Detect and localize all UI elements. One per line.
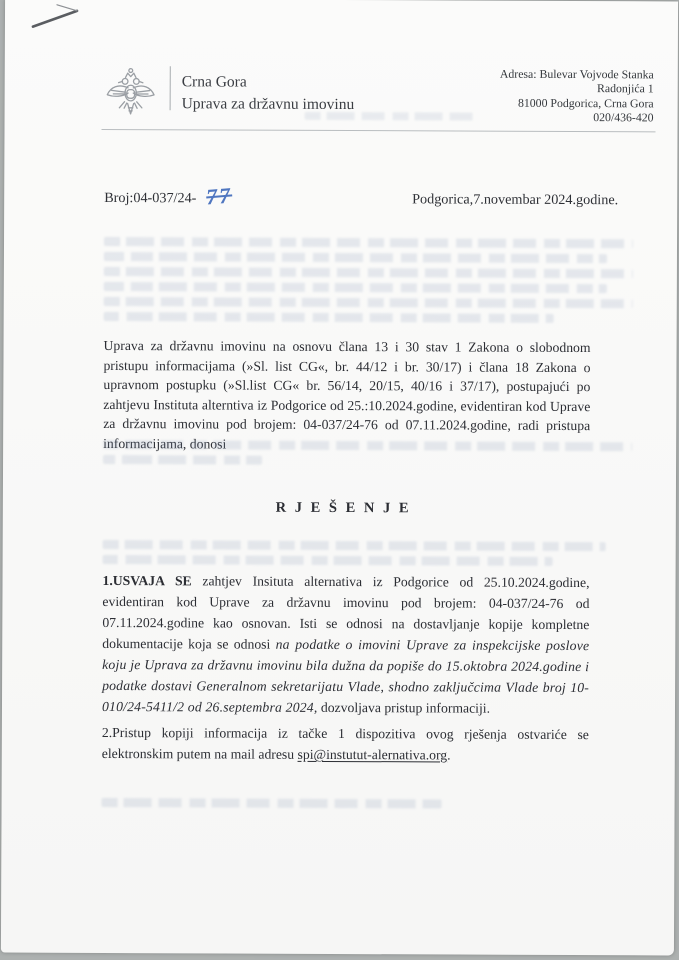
document-page: Crna Gora Uprava za državnu imovinu Adre…	[1, 0, 678, 955]
bleedthrough-text	[103, 540, 632, 572]
bleedthrough-text	[102, 798, 442, 814]
email-address: spi@instutut-alernativa.org	[298, 747, 448, 763]
place-date: Podgorica,7.novembar 2024.godine.	[412, 191, 618, 209]
intro-paragraph: Uprava za državnu imovinu na osnovu član…	[103, 336, 591, 456]
page-corner-fold-mark	[19, 1, 109, 41]
scanned-page-background: Crna Gora Uprava za državnu imovinu Adre…	[0, 0, 679, 960]
org-country: Crna Gora	[182, 71, 355, 93]
decision-item-2: 2.Pristup kopiji informacija iz tačke 1 …	[102, 722, 589, 766]
bleedthrough-text	[305, 112, 477, 127]
address-line: Radonjića 1	[500, 81, 654, 96]
letterhead-divider	[170, 66, 171, 110]
coat-of-arms-icon	[105, 64, 157, 122]
header-rule	[102, 129, 656, 132]
address-line: Adresa: Bulevar Vojvode Stanka	[500, 67, 654, 82]
address-block: Adresa: Bulevar Vojvode Stanka Radonjića…	[500, 65, 654, 125]
reference-number-prefix: Broj:04-037/24-	[104, 190, 196, 206]
address-line: 81000 Podgorica, Crna Gora	[500, 96, 654, 111]
reference-row: Broj:04-037/24-77 Podgorica,7.novembar 2…	[104, 182, 618, 210]
address-line: 020/436-420	[500, 110, 654, 125]
reference-number: Broj:04-037/24-77	[104, 182, 232, 209]
usvaja-se-bold: 1.USVAJA SE	[103, 573, 192, 588]
handwritten-number: 77	[205, 182, 233, 210]
item1-text-end: dozvoljava pristup informaciji.	[317, 700, 490, 716]
decision-title: R J E Š E N J E	[103, 499, 584, 518]
bleedthrough-text	[103, 440, 632, 472]
decision-item-1: 1.USVAJA SE zahtjev Insituta alternativa…	[102, 570, 590, 719]
item2-text-end: .	[447, 747, 450, 762]
bleedthrough-text	[104, 237, 633, 329]
